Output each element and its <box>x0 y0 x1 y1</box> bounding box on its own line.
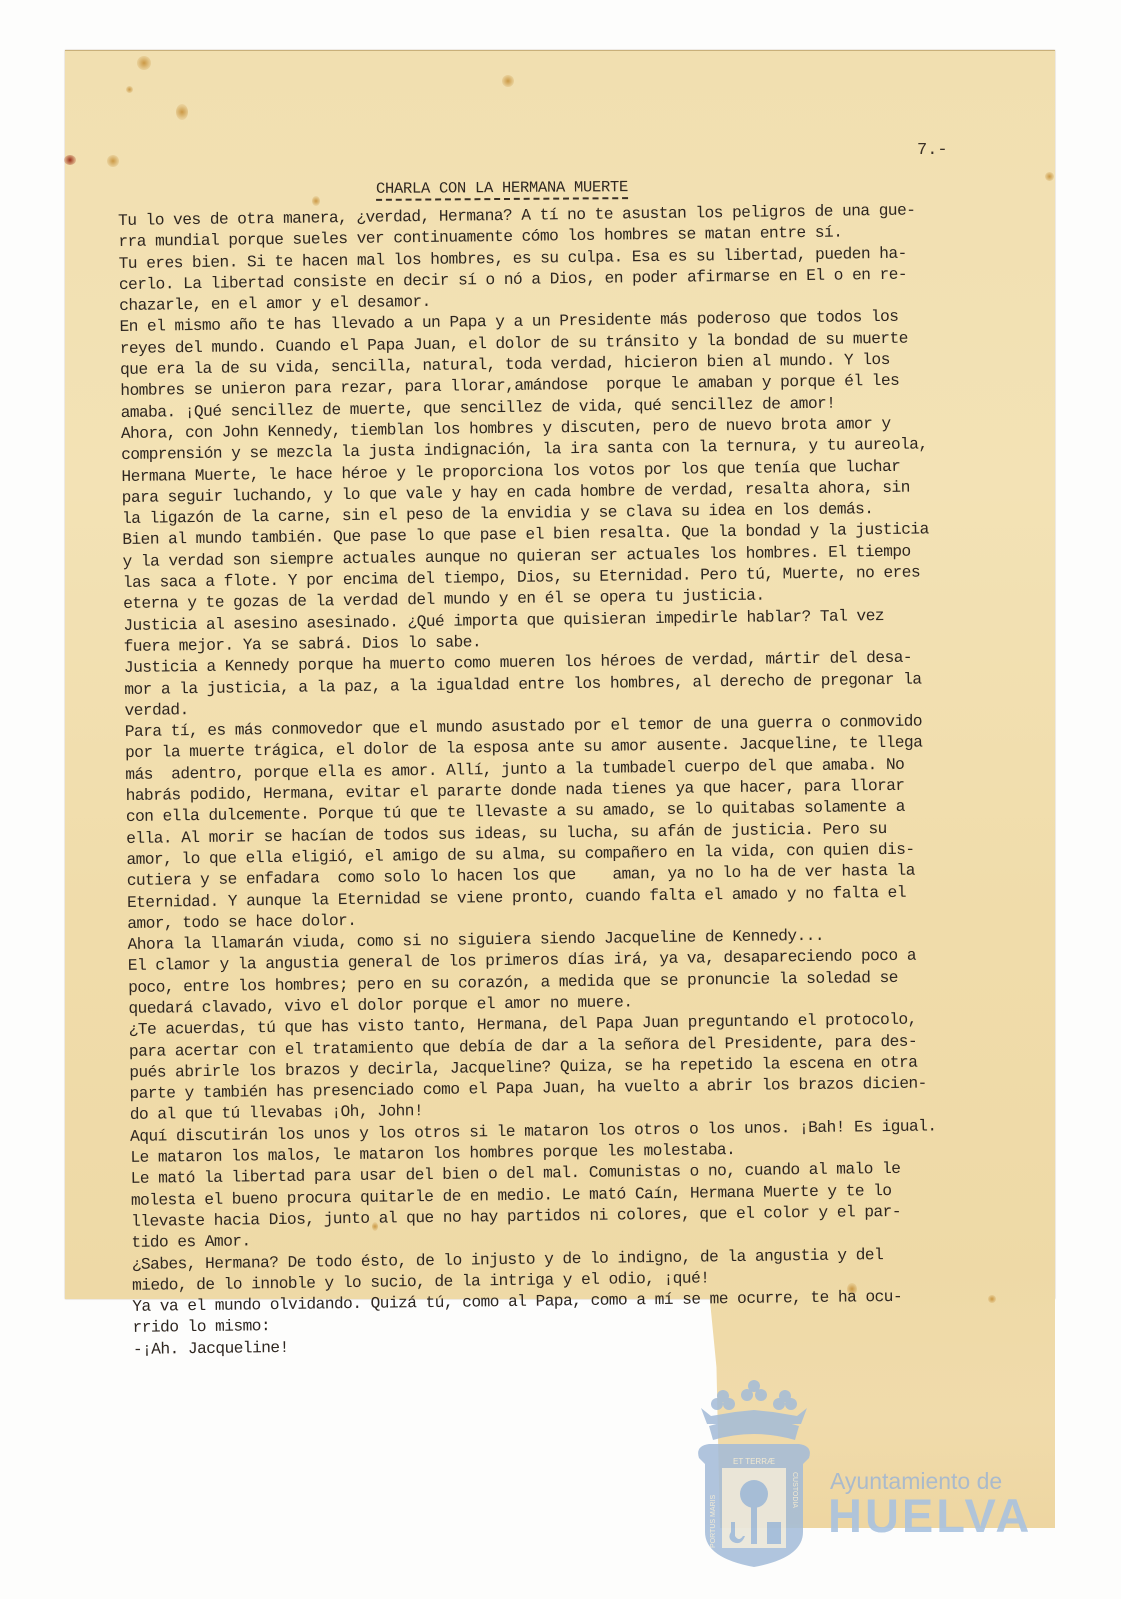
stain-mark <box>312 196 320 206</box>
stain-mark <box>502 75 514 87</box>
watermark-logo: ET TERRÆ PORTUS MARIS CUSTODIA Ayuntamie… <box>695 1372 1075 1567</box>
stain-mark <box>176 104 188 120</box>
svg-text:ET TERRÆ: ET TERRÆ <box>733 1457 775 1466</box>
svg-text:CUSTODIA: CUSTODIA <box>791 1472 798 1508</box>
stain-mark <box>64 155 76 165</box>
document-title: CHARLA CON LA HERMANA MUERTE <box>376 178 628 201</box>
document-body: Tu lo ves de otra manera, ¿verdad, Herma… <box>118 199 1013 1360</box>
scanned-document: 7.- CHARLA CON LA HERMANA MUERTE Tu lo v… <box>0 0 1121 1599</box>
stain-mark <box>1045 172 1054 181</box>
stain-mark <box>107 155 119 167</box>
stain-mark <box>137 56 151 70</box>
watermark-org-line2: HUELVA <box>828 1488 1032 1543</box>
stain-mark <box>126 86 133 93</box>
page-number: 7.- <box>917 141 948 160</box>
coat-of-arms-icon: ET TERRÆ PORTUS MARIS CUSTODIA <box>695 1372 813 1567</box>
svg-text:PORTUS MARIS: PORTUS MARIS <box>710 1495 717 1548</box>
